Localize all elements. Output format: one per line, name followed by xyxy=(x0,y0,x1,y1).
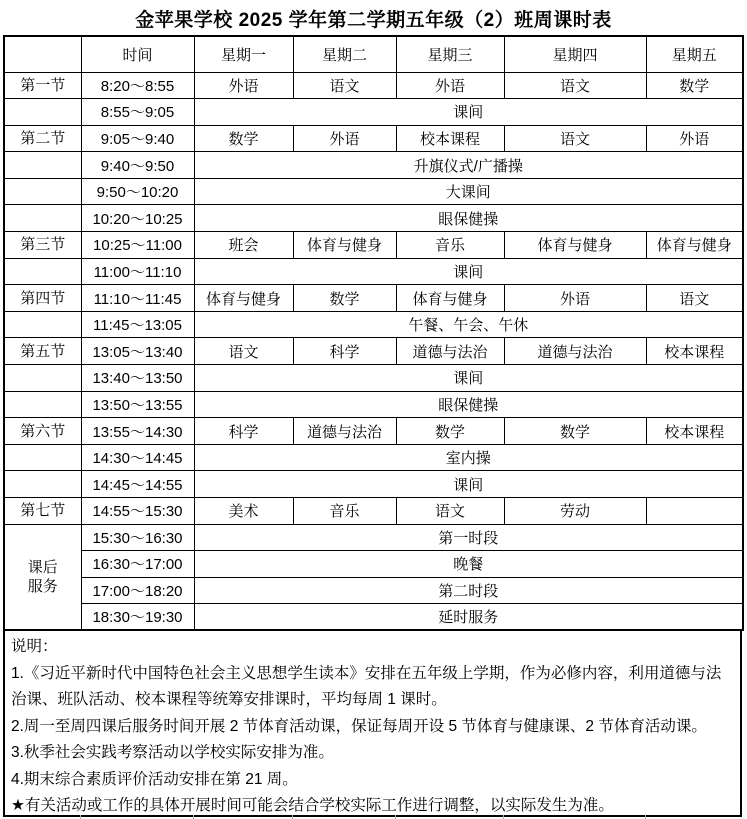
day-header-wednesday: 星期三 xyxy=(396,36,504,72)
page-title: 金苹果学校 2025 学年第二学期五年级（2）班周课时表 xyxy=(0,0,747,35)
time-cell: 11:10～11:45 xyxy=(81,285,194,312)
period-cell: 第六节 xyxy=(4,418,81,445)
subject-cell: 数学 xyxy=(504,418,646,445)
table-row: 14:30～14:45 室内操 xyxy=(4,444,743,471)
time-cell: 13:55～14:30 xyxy=(81,418,194,445)
time-cell: 9:05～9:40 xyxy=(81,125,194,152)
subject-cell: 外语 xyxy=(293,125,396,152)
activity-cell: 眼保健操 xyxy=(194,205,743,232)
period-cell xyxy=(4,178,81,205)
time-cell: 10:25～11:00 xyxy=(81,232,194,259)
time-cell: 13:50～13:55 xyxy=(81,391,194,418)
note-line-4: 4.期末综合素质评价活动安排在第 21 周。 xyxy=(11,767,732,794)
table-row: 9:40～9:50 升旗仪式/广播操 xyxy=(4,152,743,179)
activity-cell: 延时服务 xyxy=(194,604,743,631)
activity-cell: 大课间 xyxy=(194,178,743,205)
period-cell xyxy=(4,99,81,126)
subject-cell: 科学 xyxy=(194,418,293,445)
note-line-1: 1.《习近平新时代中国特色社会主义思想学生读本》安排在五年级上学期，作为必修内容… xyxy=(11,661,732,714)
period-cell: 第四节 xyxy=(4,285,81,312)
period-cell: 第三节 xyxy=(4,232,81,259)
subject-cell: 道德与法治 xyxy=(396,338,504,365)
timetable-page: 金苹果学校 2025 学年第二学期五年级（2）班周课时表 时间 星期一 星期二 … xyxy=(0,0,747,819)
grid-stub xyxy=(292,815,293,819)
activity-cell: 课间 xyxy=(194,471,743,498)
table-row: 11:00～11:10 课间 xyxy=(4,258,743,285)
time-cell: 8:20～8:55 xyxy=(81,72,194,99)
table-row: 13:50～13:55 眼保健操 xyxy=(4,391,743,418)
period-cell xyxy=(4,258,81,285)
period-cell xyxy=(4,391,81,418)
time-cell: 17:00～18:20 xyxy=(81,577,194,604)
period-cell xyxy=(4,365,81,392)
subject-cell: 体育与健身 xyxy=(293,232,396,259)
time-cell: 15:30～16:30 xyxy=(81,524,194,551)
subject-cell xyxy=(646,498,743,525)
time-cell: 11:00～11:10 xyxy=(81,258,194,285)
time-cell: 14:30～14:45 xyxy=(81,444,194,471)
activity-cell: 课间 xyxy=(194,258,743,285)
subject-cell: 体育与健身 xyxy=(396,285,504,312)
table-row: 第一节 8:20～8:55 外语 语文 外语 语文 数学 xyxy=(4,72,743,99)
subject-cell: 音乐 xyxy=(293,498,396,525)
table-row: 13:40～13:50 课间 xyxy=(4,365,743,392)
subject-cell: 语文 xyxy=(504,72,646,99)
subject-cell: 语文 xyxy=(194,338,293,365)
table-row: 课后 服务 15:30～16:30 第一时段 xyxy=(4,524,743,551)
table-row: 第三节 10:25～11:00 班会 体育与健身 音乐 体育与健身 体育与健身 xyxy=(4,232,743,259)
subject-cell: 外语 xyxy=(194,72,293,99)
period-cell xyxy=(4,205,81,232)
subject-cell: 语文 xyxy=(646,285,743,312)
subject-cell: 数学 xyxy=(194,125,293,152)
table-row: 17:00～18:20 第二时段 xyxy=(4,577,743,604)
subject-cell: 美术 xyxy=(194,498,293,525)
day-header-friday: 星期五 xyxy=(646,36,743,72)
subject-cell: 外语 xyxy=(646,125,743,152)
activity-cell: 晚餐 xyxy=(194,551,743,578)
time-cell: 16:30～17:00 xyxy=(81,551,194,578)
period-cell xyxy=(4,471,81,498)
time-cell: 9:40～9:50 xyxy=(81,152,194,179)
day-header-thursday: 星期四 xyxy=(504,36,646,72)
subject-cell: 语文 xyxy=(396,498,504,525)
table-row: 第四节 11:10～11:45 体育与健身 数学 体育与健身 外语 语文 xyxy=(4,285,743,312)
header-row: 时间 星期一 星期二 星期三 星期四 星期五 xyxy=(4,36,743,72)
day-header-monday: 星期一 xyxy=(194,36,293,72)
subject-cell: 音乐 xyxy=(396,232,504,259)
subject-cell: 外语 xyxy=(396,72,504,99)
subject-cell: 体育与健身 xyxy=(646,232,743,259)
note-line-3: 3.秋季社会实践考察活动以学校实际安排为准。 xyxy=(11,740,732,767)
subject-cell: 外语 xyxy=(504,285,646,312)
notes-heading: 说明： xyxy=(11,634,732,661)
time-cell: 14:45～14:55 xyxy=(81,471,194,498)
table-row: 11:45～13:05 午餐、午会、午休 xyxy=(4,311,743,338)
note-line-5: ★有关活动或工作的具体开展时间可能会结合学校实际工作进行调整，以实际发生为准。 xyxy=(11,793,732,819)
period-cell xyxy=(4,444,81,471)
subject-cell: 道德与法治 xyxy=(293,418,396,445)
subject-cell: 数学 xyxy=(396,418,504,445)
activity-cell: 第一时段 xyxy=(194,524,743,551)
period-cell: 第七节 xyxy=(4,498,81,525)
grid-stub xyxy=(193,815,194,819)
note-line-2: 2.周一至周四课后服务时间开展 2 节体育活动课，保证每周开设 5 节体育与健康… xyxy=(11,714,732,741)
corner-cell xyxy=(4,36,81,72)
subject-cell: 校本课程 xyxy=(646,418,743,445)
activity-cell: 眼保健操 xyxy=(194,391,743,418)
time-cell: 18:30～19:30 xyxy=(81,604,194,631)
activity-cell: 升旗仪式/广播操 xyxy=(194,152,743,179)
activity-cell: 室内操 xyxy=(194,444,743,471)
activity-cell: 第二时段 xyxy=(194,577,743,604)
table-row: 9:50～10:20 大课间 xyxy=(4,178,743,205)
table-row: 18:30～19:30 延时服务 xyxy=(4,604,743,631)
time-header: 时间 xyxy=(81,36,194,72)
subject-cell: 语文 xyxy=(504,125,646,152)
grid-stub xyxy=(395,815,396,819)
period-cell: 第二节 xyxy=(4,125,81,152)
time-cell: 13:05～13:40 xyxy=(81,338,194,365)
table-row: 第六节 13:55～14:30 科学 道德与法治 数学 数学 校本课程 xyxy=(4,418,743,445)
activity-cell: 午餐、午会、午休 xyxy=(194,311,743,338)
period-cell: 第一节 xyxy=(4,72,81,99)
subject-cell: 劳动 xyxy=(504,498,646,525)
subject-cell: 道德与法治 xyxy=(504,338,646,365)
subject-cell: 数学 xyxy=(646,72,743,99)
grid-stub xyxy=(645,815,646,819)
subject-cell: 科学 xyxy=(293,338,396,365)
time-cell: 10:20～10:25 xyxy=(81,205,194,232)
period-cell xyxy=(4,311,81,338)
time-cell: 8:55～9:05 xyxy=(81,99,194,126)
subject-cell: 语文 xyxy=(293,72,396,99)
time-cell: 11:45～13:05 xyxy=(81,311,194,338)
period-cell xyxy=(4,152,81,179)
time-cell: 14:55～15:30 xyxy=(81,498,194,525)
activity-cell: 课间 xyxy=(194,99,743,126)
period-cell: 第五节 xyxy=(4,338,81,365)
activity-cell: 课间 xyxy=(194,365,743,392)
grid-stub xyxy=(80,815,81,819)
table-row: 10:20～10:25 眼保健操 xyxy=(4,205,743,232)
table-row: 第五节 13:05～13:40 语文 科学 道德与法治 道德与法治 校本课程 xyxy=(4,338,743,365)
subject-cell: 体育与健身 xyxy=(194,285,293,312)
table-row: 16:30～17:00 晚餐 xyxy=(4,551,743,578)
subject-cell: 体育与健身 xyxy=(504,232,646,259)
subject-cell: 校本课程 xyxy=(396,125,504,152)
subject-cell: 校本课程 xyxy=(646,338,743,365)
time-cell: 9:50～10:20 xyxy=(81,178,194,205)
table-row: 8:55～9:05 课间 xyxy=(4,99,743,126)
table-row: 第七节 14:55～15:30 美术 音乐 语文 劳动 xyxy=(4,498,743,525)
day-header-tuesday: 星期二 xyxy=(293,36,396,72)
subject-cell: 数学 xyxy=(293,285,396,312)
after-school-service-cell: 课后 服务 xyxy=(4,524,81,630)
grid-stub xyxy=(503,815,504,819)
table-row: 14:45～14:55 课间 xyxy=(4,471,743,498)
notes-section: 说明： 1.《习近平新时代中国特色社会主义思想学生读本》安排在五年级上学期，作为… xyxy=(3,631,742,817)
table-row: 第二节 9:05～9:40 数学 外语 校本课程 语文 外语 xyxy=(4,125,743,152)
subject-cell: 班会 xyxy=(194,232,293,259)
weekly-timetable: 时间 星期一 星期二 星期三 星期四 星期五 第一节 8:20～8:55 外语 … xyxy=(3,35,744,631)
time-cell: 13:40～13:50 xyxy=(81,365,194,392)
